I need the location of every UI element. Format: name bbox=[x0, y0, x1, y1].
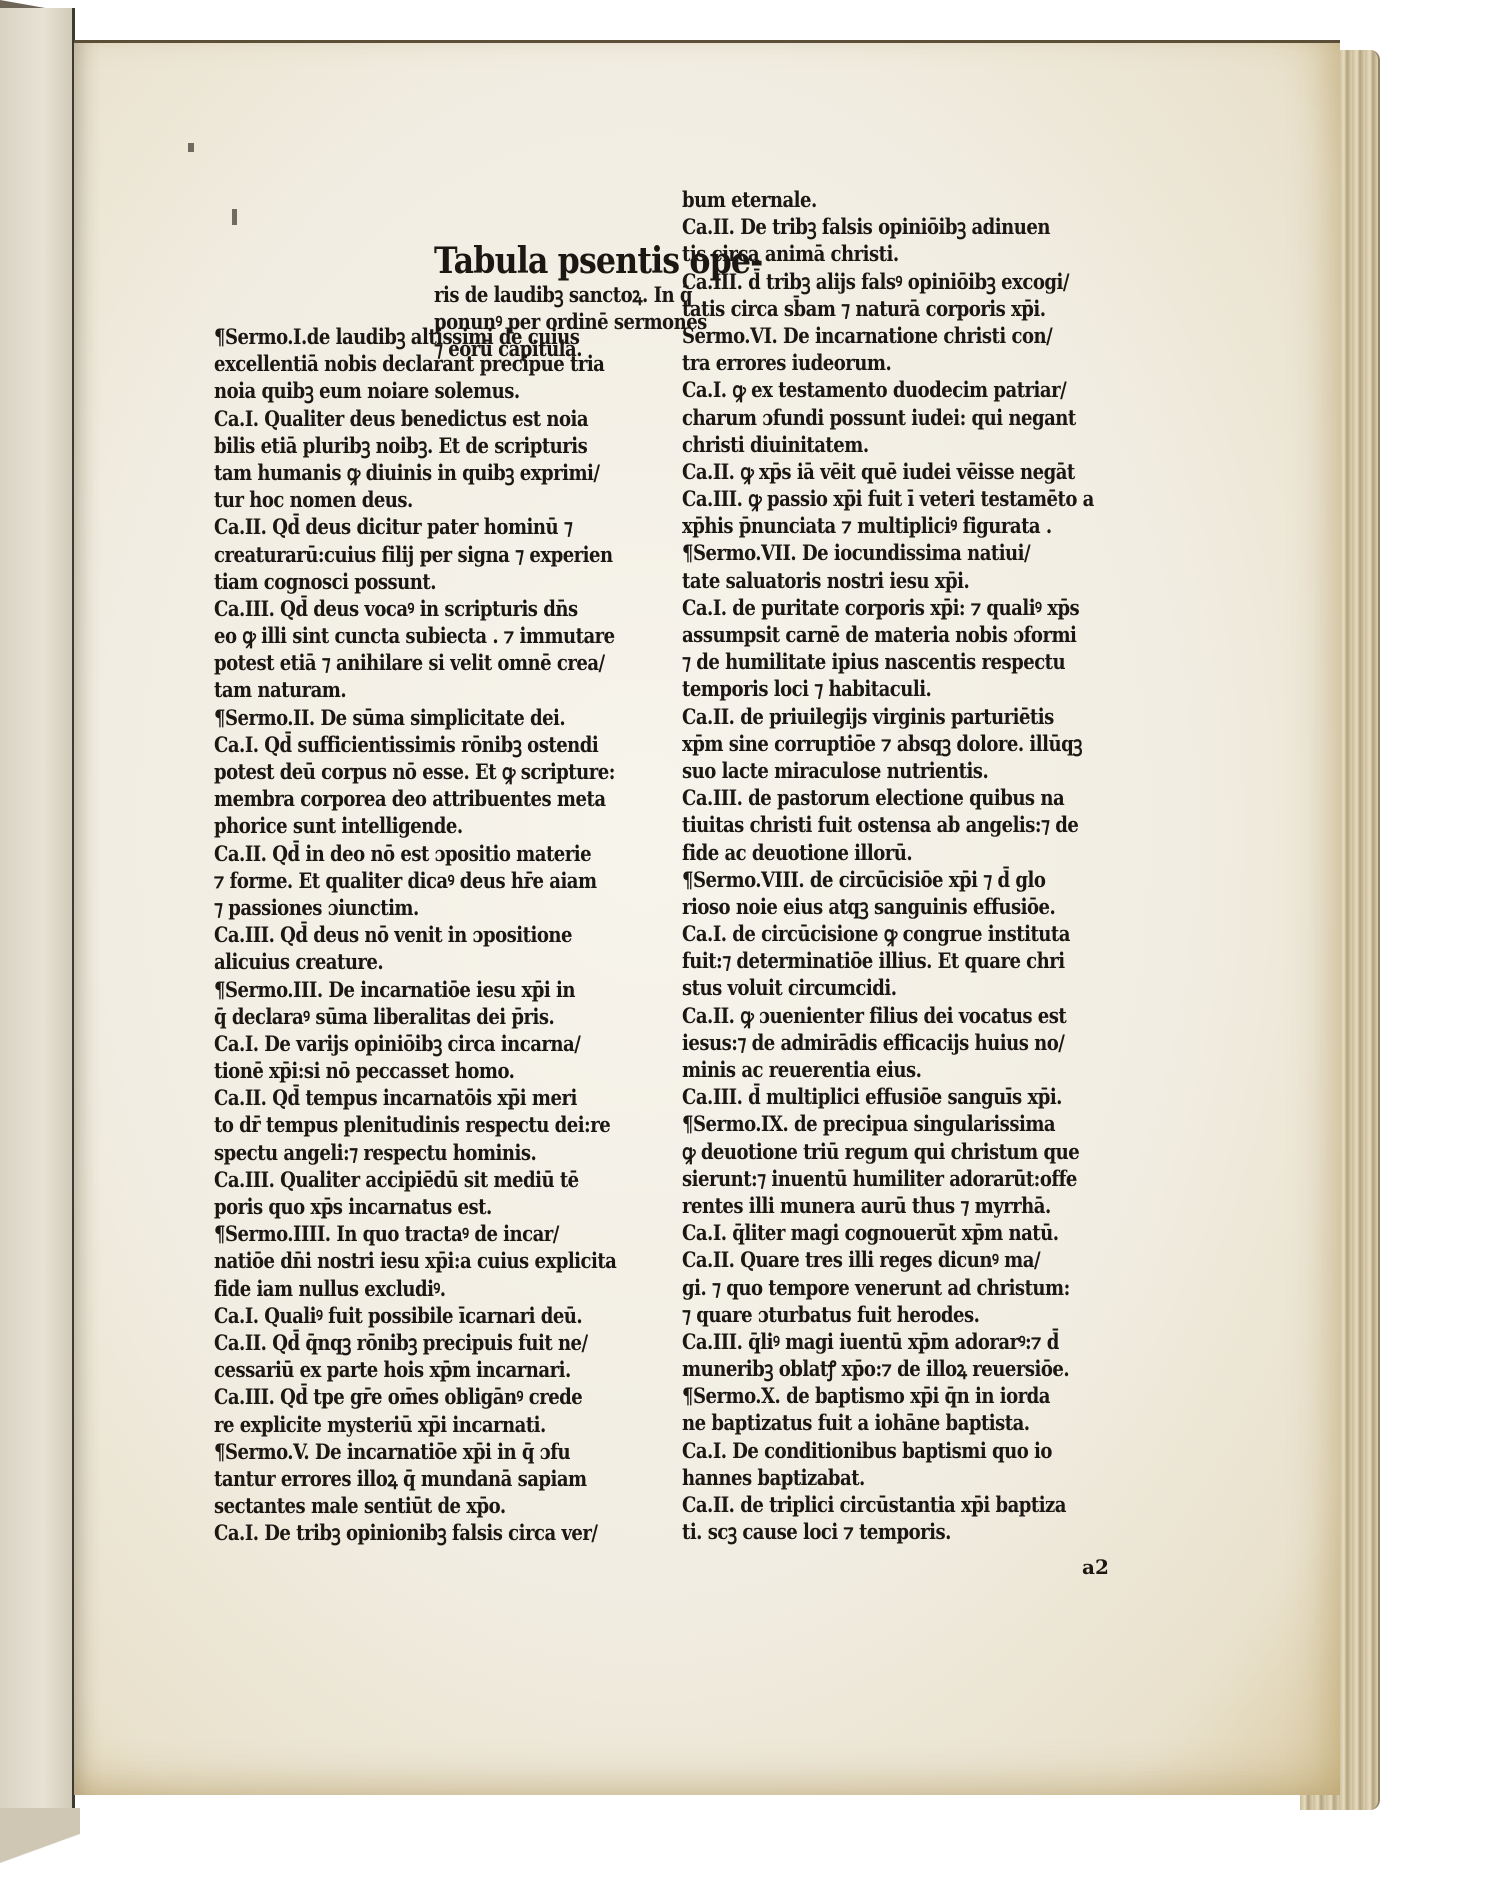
toc-line: Ca.III. d̄ multiplici effusiōe sanguīs x… bbox=[682, 1083, 1094, 1110]
toc-line: ¶Sermo.III. De incarnatiōe iesu xp̄i in bbox=[214, 976, 616, 1003]
toc-line: tur hoc nomen deus. bbox=[214, 486, 616, 513]
facing-page-edge bbox=[0, 8, 75, 1808]
toc-line: minis ac reuerentia eius. bbox=[682, 1056, 1094, 1083]
toc-line: eo ꝙ illi sint cuncta subiecta . ⁊ immut… bbox=[214, 622, 616, 649]
toc-line: tis circa animā christi. bbox=[682, 240, 1094, 267]
toc-line: stus voluit circumcidi. bbox=[682, 974, 1094, 1001]
toc-line: ¶Sermo.IX. de precipua singularissima bbox=[682, 1110, 1094, 1137]
toc-line: Ca.I. De conditionibus baptismi quo io bbox=[682, 1437, 1094, 1464]
toc-line: spectu angeli:⁊ respectu hominis. bbox=[214, 1139, 616, 1166]
toc-line: to dr̄ tempus plenitudinis respectu dei:… bbox=[214, 1111, 616, 1138]
toc-line: Ca.II. De tribꝫ falsis opiniōibꝫ adinuen bbox=[682, 213, 1094, 240]
toc-line: cessariū ex parte hois xp̄m incarnari. bbox=[214, 1356, 616, 1383]
toc-line: ⁊ passiones ɔiunctim. bbox=[214, 894, 616, 921]
toc-line: Ca.II. de priuilegijs virginis parturiēt… bbox=[682, 703, 1094, 730]
toc-line: christi diuinitatem. bbox=[682, 431, 1094, 458]
toc-line: phorice sunt intelligende. bbox=[214, 812, 616, 839]
toc-line: tate saluatoris nostri iesu xp̄i. bbox=[682, 567, 1094, 594]
toc-line: membra corporea deo attribuentes meta bbox=[214, 785, 616, 812]
toc-line: Ca.III. Qd̄ deus nō venit in ɔpositione bbox=[214, 921, 616, 948]
toc-line: temporis loci ⁊ habitaculi. bbox=[682, 675, 1094, 702]
toc-line: suo lacte miraculose nutrientis. bbox=[682, 757, 1094, 784]
toc-line: Ca.II. Qd̄ tempus incarnatōis xp̄i meri bbox=[214, 1084, 616, 1111]
toc-line: re explicite mysteriū xp̄i incarnati. bbox=[214, 1411, 616, 1438]
toc-line: Ca.I. De tribꝫ opinionibꝫ falsis circa v… bbox=[214, 1519, 616, 1546]
right-column: bum eternale.Ca.II. De tribꝫ falsis opin… bbox=[682, 186, 1094, 1545]
ink-speck bbox=[188, 143, 194, 152]
toc-line: Ca.I. Qd̄ sufficientissimis rōnibꝫ osten… bbox=[214, 731, 616, 758]
toc-line: ⁊ forme. Et qualiter dicaꝰ deus hr̄e aia… bbox=[214, 867, 616, 894]
toc-line: Ca.III. q̄liꝰ magi iuentū xp̄m adorarꝰ:⁊… bbox=[682, 1328, 1094, 1355]
toc-line: Ca.I. de puritate corporis xp̄i: ⁊ quali… bbox=[682, 594, 1094, 621]
toc-line: Ca.I. de circūcisione ꝙ congrue institut… bbox=[682, 920, 1094, 947]
folio-signature: a2 bbox=[1082, 1555, 1109, 1579]
toc-line: Ca.I. ꝙ ex testamento duodecim patriar/ bbox=[682, 376, 1094, 403]
toc-line: ¶Sermo.I.de laudibꝫ altissimi de cuius bbox=[214, 323, 616, 350]
toc-line: Ca.III. Qualiter accipiēdū sit mediū tē bbox=[214, 1166, 616, 1193]
toc-line: Ca.I. De varijs opiniōibꝫ circa incarna/ bbox=[214, 1030, 616, 1057]
toc-line: rioso noie eius atqꝫ sanguinis effusiōe. bbox=[682, 893, 1094, 920]
toc-line: ⁊ de humilitate ipius nascentis respectu bbox=[682, 648, 1094, 675]
toc-line: Sermo.VI. De incarnatione christi con/ bbox=[682, 322, 1094, 349]
toc-line: xp̄his p̄nunciata ⁊ multipliciꝰ figurata… bbox=[682, 512, 1094, 539]
toc-line: Ca.I. q̄liter magi cognouerūt xp̄m natū. bbox=[682, 1219, 1094, 1246]
toc-line: ¶Sermo.II. De sūma simplicitate dei. bbox=[214, 704, 616, 731]
toc-line: charum ɔfundi possunt iudei: qui negant bbox=[682, 404, 1094, 431]
toc-line: gi. ⁊ quo tempore venerunt ad christum: bbox=[682, 1274, 1094, 1301]
toc-line: excellentiā nobis declarant precipue tri… bbox=[214, 350, 616, 377]
toc-line: xp̄m sine corruptiōe ⁊ absqꝫ dolore. ill… bbox=[682, 730, 1094, 757]
toc-line: Ca.II. ꝙ ɔuenienter filius dei vocatus e… bbox=[682, 1002, 1094, 1029]
toc-line: bilis etiā pluribꝫ noibꝫ. Et de scriptur… bbox=[214, 432, 616, 459]
toc-line: hannes baptizabat. bbox=[682, 1464, 1094, 1491]
toc-line: Ca.III. Qd̄ tpe gr̄e om̄es obligānꝰ cred… bbox=[214, 1383, 616, 1410]
toc-line: potest deū corpus nō esse. Et ꝙ scriptur… bbox=[214, 758, 616, 785]
toc-line: ꝙ deuotione triū regum qui christum que bbox=[682, 1138, 1094, 1165]
recto-page: Tabula psentis ope- ris de laudibꝫ sanct… bbox=[74, 40, 1340, 1795]
toc-line: Ca.II. Qd̄ q̄nqꝫ rōnibꝫ precipuis fuit n… bbox=[214, 1329, 616, 1356]
toc-line: Ca.III. ꝙ passio xp̄i fuit ī veteri test… bbox=[682, 485, 1094, 512]
toc-line: fuit:⁊ determinatiōe illius. Et quare ch… bbox=[682, 947, 1094, 974]
toc-line: ¶Sermo.VIII. de circūcisiōe xp̄i ⁊ d̄ gl… bbox=[682, 866, 1094, 893]
toc-line: tam humanis ꝙ diuinis in quibꝫ exprimi/ bbox=[214, 459, 616, 486]
toc-line: Ca.III. d̄ tribꝫ alijs falsꝰ opiniōibꝫ e… bbox=[682, 268, 1094, 295]
toc-line: ⁊ quare ɔturbatus fuit herodes. bbox=[682, 1301, 1094, 1328]
toc-line: ti. scꝫ cause loci ⁊ temporis. bbox=[682, 1518, 1094, 1545]
toc-line: ¶Sermo.X. de baptismo xp̄i q̄n in iorda bbox=[682, 1382, 1094, 1409]
toc-line: poris quo xp̄s incarnatus est. bbox=[214, 1193, 616, 1220]
toc-line: Ca.I. Qualiꝰ fuit possibile īcarnari deū… bbox=[214, 1302, 616, 1329]
toc-line: Ca.II. de triplici circūstantia xp̄i bap… bbox=[682, 1491, 1094, 1518]
toc-line: bum eternale. bbox=[682, 186, 1094, 213]
toc-line: noia quibꝫ eum noiare solemus. bbox=[214, 377, 616, 404]
toc-line: Ca.I. Qualiter deus benedictus est noia bbox=[214, 405, 616, 432]
toc-line: fide ac deuotione illorū. bbox=[682, 839, 1094, 866]
toc-line: ¶Sermo.IIII. In quo tractaꝰ de incar/ bbox=[214, 1220, 616, 1247]
toc-line: Ca.III. de pastorum electione quibus na bbox=[682, 784, 1094, 811]
toc-line: ¶Sermo.VII. De iocundissima natiui/ bbox=[682, 539, 1094, 566]
toc-line: tantur errores illoꝝ q̄ mundanā sapiam bbox=[214, 1465, 616, 1492]
toc-line: Ca.II. Quare tres illi reges dicunꝰ ma/ bbox=[682, 1246, 1094, 1273]
toc-line: potest etiā ⁊ anihilare si velit omnē cr… bbox=[214, 649, 616, 676]
toc-line: Ca.II. Qd̄ in deo nō est ɔpositio materi… bbox=[214, 840, 616, 867]
toc-line: iesus:⁊ de admirādis efficacijs huius no… bbox=[682, 1029, 1094, 1056]
left-column: ¶Sermo.I.de laudibꝫ altissimi de cuiusex… bbox=[214, 323, 616, 1546]
toc-line: Ca.II. Qd̄ deus dicitur pater hominū ⁊ bbox=[214, 513, 616, 540]
toc-line: natiōe dn̄i nostri iesu xp̄i:a cuius exp… bbox=[214, 1247, 616, 1274]
toc-line: sectantes male sentiūt de xp̄o. bbox=[214, 1492, 616, 1519]
toc-line: sierunt:⁊ inuentū humiliter adorarūt:off… bbox=[682, 1165, 1094, 1192]
toc-line: assumpsit carnē de materia nobis ɔformi bbox=[682, 621, 1094, 648]
toc-line: Ca.III. Qd̄ deus vocaꝰ in scripturis dn̄… bbox=[214, 595, 616, 622]
toc-line: Ca.II. ꝙ xp̄s iā vēit quē iudei vēisse n… bbox=[682, 458, 1094, 485]
ink-speck bbox=[232, 209, 237, 225]
toc-line: alicuius creature. bbox=[214, 948, 616, 975]
toc-line: fide iam nullus excludiꝰ. bbox=[214, 1275, 616, 1302]
toc-line: tionē xp̄i:si nō peccasset homo. bbox=[214, 1057, 616, 1084]
toc-line: creaturarū:cuius filij per signa ⁊ exper… bbox=[214, 541, 616, 568]
toc-line: muneribꝫ oblatꝭ xp̄o:⁊ de illoꝝ reuersiō… bbox=[682, 1355, 1094, 1382]
toc-line: ne baptizatus fuit a iohāne baptista. bbox=[682, 1409, 1094, 1436]
toc-line: tatis circa sb̄am ⁊ naturā corporis xp̄i… bbox=[682, 295, 1094, 322]
toc-line: q̄ declaraꝰ sūma liberalitas dei p̄ris. bbox=[214, 1003, 616, 1030]
toc-line: tiam cognosci possunt. bbox=[214, 568, 616, 595]
toc-line: rentes illi munera aurū thus ⁊ myrrhā. bbox=[682, 1192, 1094, 1219]
toc-line: tam naturam. bbox=[214, 676, 616, 703]
toc-line: tra errores iudeorum. bbox=[682, 349, 1094, 376]
toc-line: ¶Sermo.V. De incarnatiōe xp̄i in q̄ ɔfu bbox=[214, 1438, 616, 1465]
toc-line: tiuitas christi fuit ostensa ab angelis:… bbox=[682, 811, 1094, 838]
